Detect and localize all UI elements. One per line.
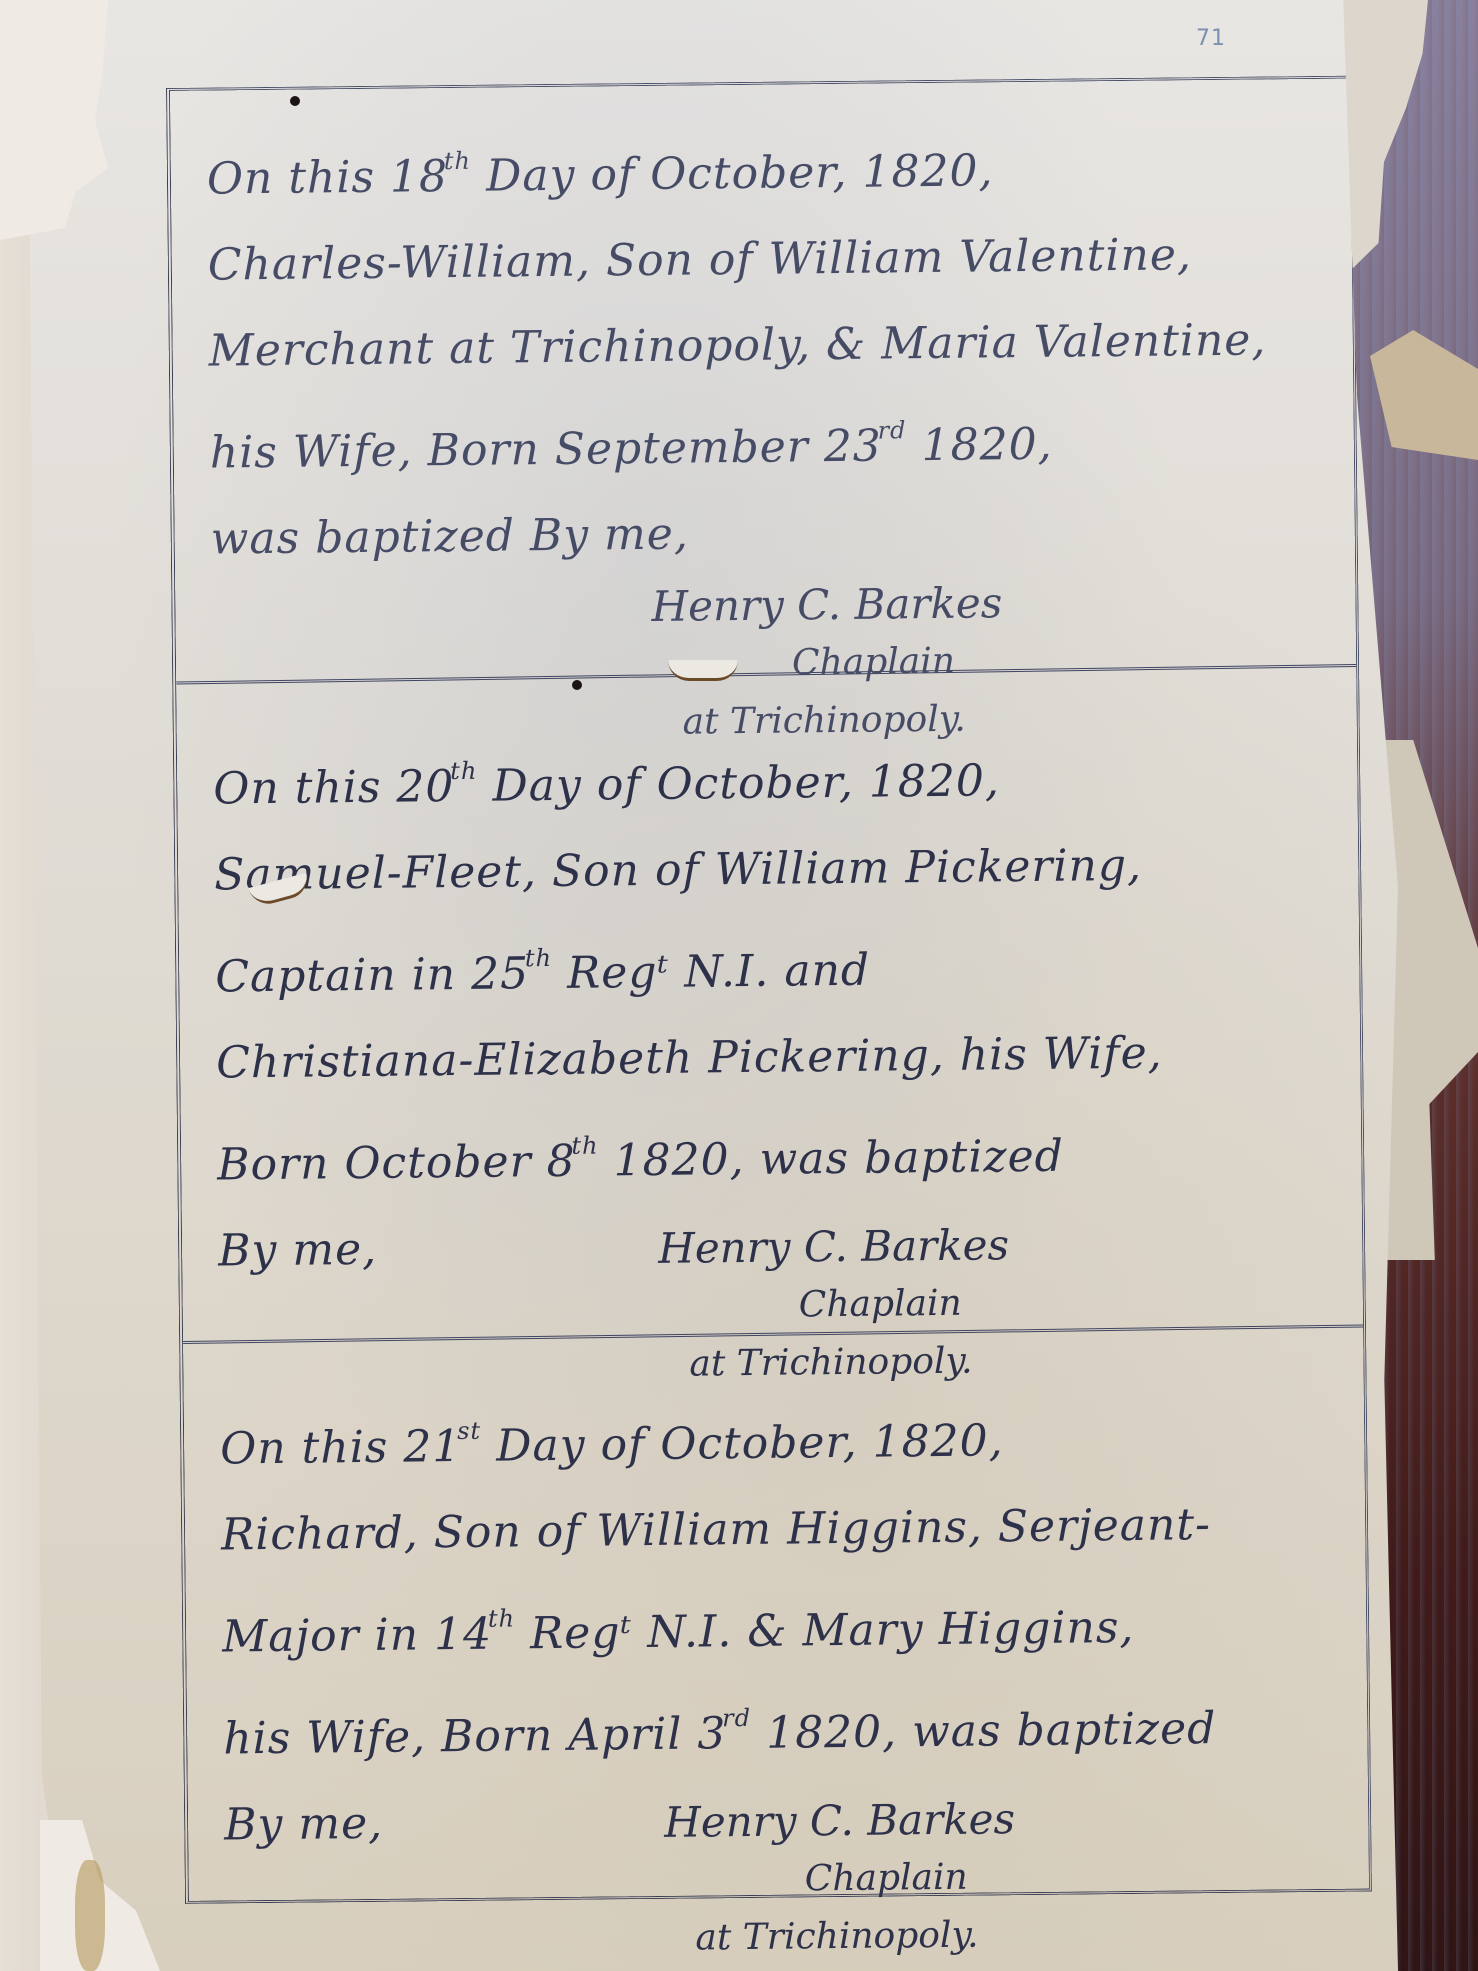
- ruled-frame: On this 18th Day of October, 1820, Charl…: [166, 76, 1372, 1904]
- entry-line: Samuel-Fleet, Son of William Pickering,: [214, 821, 1335, 919]
- paper-stain: [75, 1860, 105, 1971]
- entry-line: Merchant at Trichinopoly, & Maria Valent…: [208, 297, 1329, 395]
- entry-line: his Wife, Born September 23rd 1820,: [209, 383, 1330, 497]
- paper-tear: [668, 660, 738, 681]
- entry-line: On this 20th Day of October, 1820,: [213, 719, 1334, 833]
- entry-line: On this 21st Day of October, 1820,: [220, 1379, 1341, 1493]
- signature-name: Henry C. Barkes: [664, 1787, 1345, 1852]
- paper-hole: [572, 680, 582, 690]
- baptism-entry: On this 18th Day of October, 1820, Charl…: [170, 109, 1357, 757]
- baptism-entry: On this 21st Day of October, 1820, Richa…: [184, 1379, 1370, 1971]
- signature-title: Chaplain: [798, 1271, 1339, 1335]
- entry-line: Major in 14th Regᵗ N.I. & Mary Higgins,: [222, 1567, 1343, 1681]
- signature-title: Chaplain: [792, 629, 1333, 693]
- entry-line: On this 18th Day of October, 1820,: [206, 109, 1327, 223]
- entry-line: his Wife, Born April 3rd 1820, was bapti…: [223, 1669, 1344, 1783]
- register-page: 71 On this 18th Day of October, 1820, Ch…: [28, 0, 1398, 1971]
- entry-line: Christiana-Elizabeth Pickering, his Wife…: [216, 1009, 1337, 1107]
- signature-name: Henry C. Barkes: [658, 1213, 1339, 1278]
- signature-title: Chaplain: [804, 1845, 1345, 1909]
- entry-line: Richard, Son of William Higgins, Serjean…: [221, 1481, 1342, 1579]
- baptism-entry: On this 20th Day of October, 1820, Samue…: [177, 719, 1364, 1399]
- entry-line: was baptized By me,: [210, 485, 1331, 583]
- entry-line: Born October 8th 1820, was baptized: [217, 1095, 1338, 1209]
- signature-name: Henry C. Barkes: [651, 571, 1332, 636]
- entry-line: Captain in 25th Regᵗ N.I. and: [215, 907, 1336, 1021]
- signature-place: at Trichinopoly.: [695, 1903, 1346, 1968]
- page-number: 71: [1196, 26, 1226, 51]
- paper-hole: [290, 96, 300, 106]
- entry-line: Charles-William, Son of William Valentin…: [207, 211, 1328, 309]
